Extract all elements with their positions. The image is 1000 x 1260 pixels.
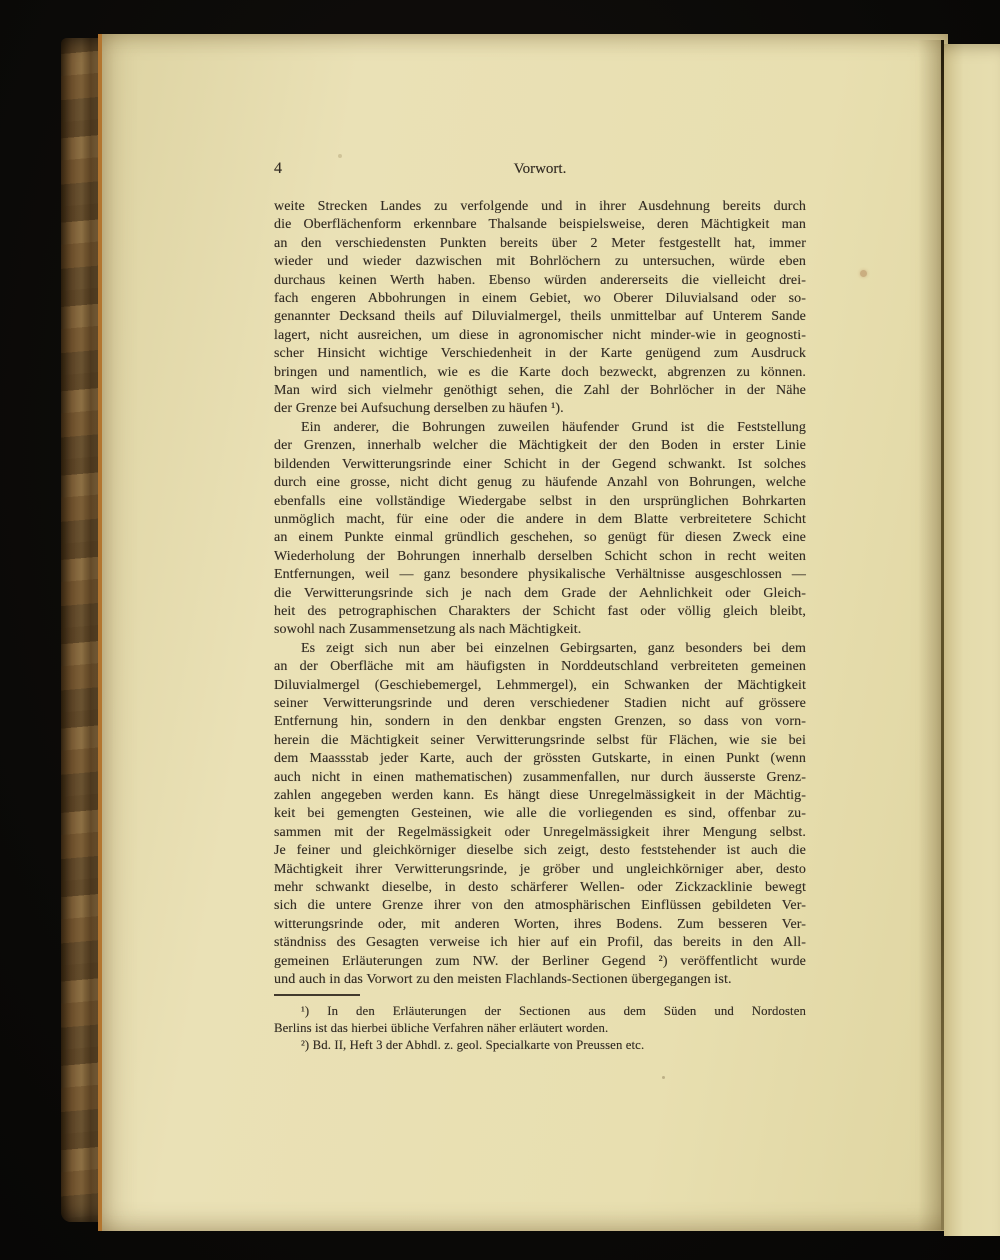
footnote-line: Berlins ist das hierbei übliche Verfahre… — [274, 1020, 806, 1037]
page-header: 4 Vorwort. — [274, 160, 806, 180]
footnote-line: ²) Bd. II, Heft 3 der Abhdl. z. geol. Sp… — [274, 1037, 806, 1054]
text-line: Entfernung hin, sondern in den denkbar e… — [274, 713, 806, 731]
text-line: Wiederholung der Bohrungen innerhalb der… — [274, 548, 806, 566]
text-line: Diluvialmergel (Geschiebemergel, Lehmmer… — [274, 677, 806, 695]
footnote-separator — [274, 994, 360, 996]
text-line: Ein anderer, die Bohrungen zuweilen häuf… — [274, 419, 806, 437]
text-line: dem Maassstab jeder Karte, auch der grös… — [274, 750, 806, 768]
text-line: weite Strecken Landes zu verfolgende und… — [274, 198, 806, 216]
text-line: auch nicht in einen mathematischen) zusa… — [274, 769, 806, 787]
text-line: Mächtigkeit ihrer Verwitterungsrinde, je… — [274, 861, 806, 879]
footnote-line: ¹) In den Erläuterungen der Sectionen au… — [274, 1003, 806, 1020]
page-number: 4 — [274, 160, 283, 178]
text-line: lagert, nicht ausreichen, um diese in ag… — [274, 327, 806, 345]
book-binding — [61, 38, 98, 1222]
running-title: Vorwort. — [514, 161, 567, 178]
text-line: Man wird sich vielmehr genöthigt sehen, … — [274, 382, 806, 400]
text-line: der Grenzen, innerhalb welcher die Mächt… — [274, 437, 806, 455]
text-line: der Grenze bei Aufsuchung derselben zu h… — [274, 400, 806, 418]
footnotes: ¹) In den Erläuterungen der Sectionen au… — [274, 1003, 806, 1054]
text-line: an der Oberfläche mit am häufigsten in N… — [274, 658, 806, 676]
book-photo: 4 Vorwort. weite Strecken Landes zu verf… — [0, 0, 1000, 1260]
text-line: fach engeren Abbohrungen in einem Gebiet… — [274, 290, 806, 308]
text-line: sammen mit der Regelmässigkeit oder Unre… — [274, 824, 806, 842]
text-line: durch eine grosse, nicht dicht genug zu … — [274, 474, 806, 492]
text-line: ständniss des Gesagten verweise ich hier… — [274, 934, 806, 952]
text-line: bringen und namentlich, wie es die Karte… — [274, 364, 806, 382]
text-line: und auch in das Vorwort zu den meisten F… — [274, 971, 806, 989]
text-column: 4 Vorwort. weite Strecken Landes zu verf… — [274, 160, 806, 1054]
text-line: durchaus keinen Werth haben. Ebenso würd… — [274, 272, 806, 290]
body-text: weite Strecken Landes zu verfolgende und… — [274, 198, 806, 989]
text-line: Entfernungen, weil — ganz besondere phys… — [274, 566, 806, 584]
text-line: die Oberflächenform erkennbare Thalsande… — [274, 216, 806, 234]
text-line: unmöglich macht, für eine oder die ander… — [274, 511, 806, 529]
text-line: die Verwitterungsrinde sich je nach dem … — [274, 585, 806, 603]
text-line: genannter Decksand theils auf Diluvialme… — [274, 308, 806, 326]
text-line: heit des petrographischen Charakters der… — [274, 603, 806, 621]
page-speck — [338, 154, 342, 158]
text-line: keit bei gemengten Gesteinen, wie alle d… — [274, 805, 806, 823]
text-line: wieder und wieder dazwischen mit Bohrlöc… — [274, 253, 806, 271]
text-line: herein die Mächtigkeit seiner Verwitteru… — [274, 732, 806, 750]
text-line: Je feiner und gleichkörniger dieselbe si… — [274, 842, 806, 860]
text-line: zahlen angegeben werden kann. Es hängt d… — [274, 787, 806, 805]
text-line: an einem Punkte einmal gründlich gescheh… — [274, 529, 806, 547]
text-line: scher Hinsicht wichtige Verschiedenheit … — [274, 345, 806, 363]
text-line: gemeinen Erläuterungen zum NW. der Berli… — [274, 953, 806, 971]
text-line: witterungsrinde oder, mit anderen Worten… — [274, 916, 806, 934]
page-fold-shadow — [918, 40, 942, 1230]
page-speck — [860, 270, 867, 277]
text-line: sich die untere Grenze ihrer von den atm… — [274, 897, 806, 915]
text-line: seiner Verwitterungsrinde und deren vers… — [274, 695, 806, 713]
text-line: Es zeigt sich nun aber bei einzelnen Geb… — [274, 640, 806, 658]
text-line: mehr schwankt dieselbe, in desto schärfe… — [274, 879, 806, 897]
book-page: 4 Vorwort. weite Strecken Landes zu verf… — [98, 34, 948, 1231]
text-line: an den verschiedensten Punkten bereits ü… — [274, 235, 806, 253]
text-line: bildenden Verwitterungsrinde einer Schic… — [274, 456, 806, 474]
text-line: sowohl nach Zusammensetzung als nach Mäc… — [274, 621, 806, 639]
text-line: ebenfalls eine vollständige Wiedergabe s… — [274, 493, 806, 511]
next-page-edge — [944, 44, 1000, 1236]
page-speck — [662, 1076, 665, 1079]
